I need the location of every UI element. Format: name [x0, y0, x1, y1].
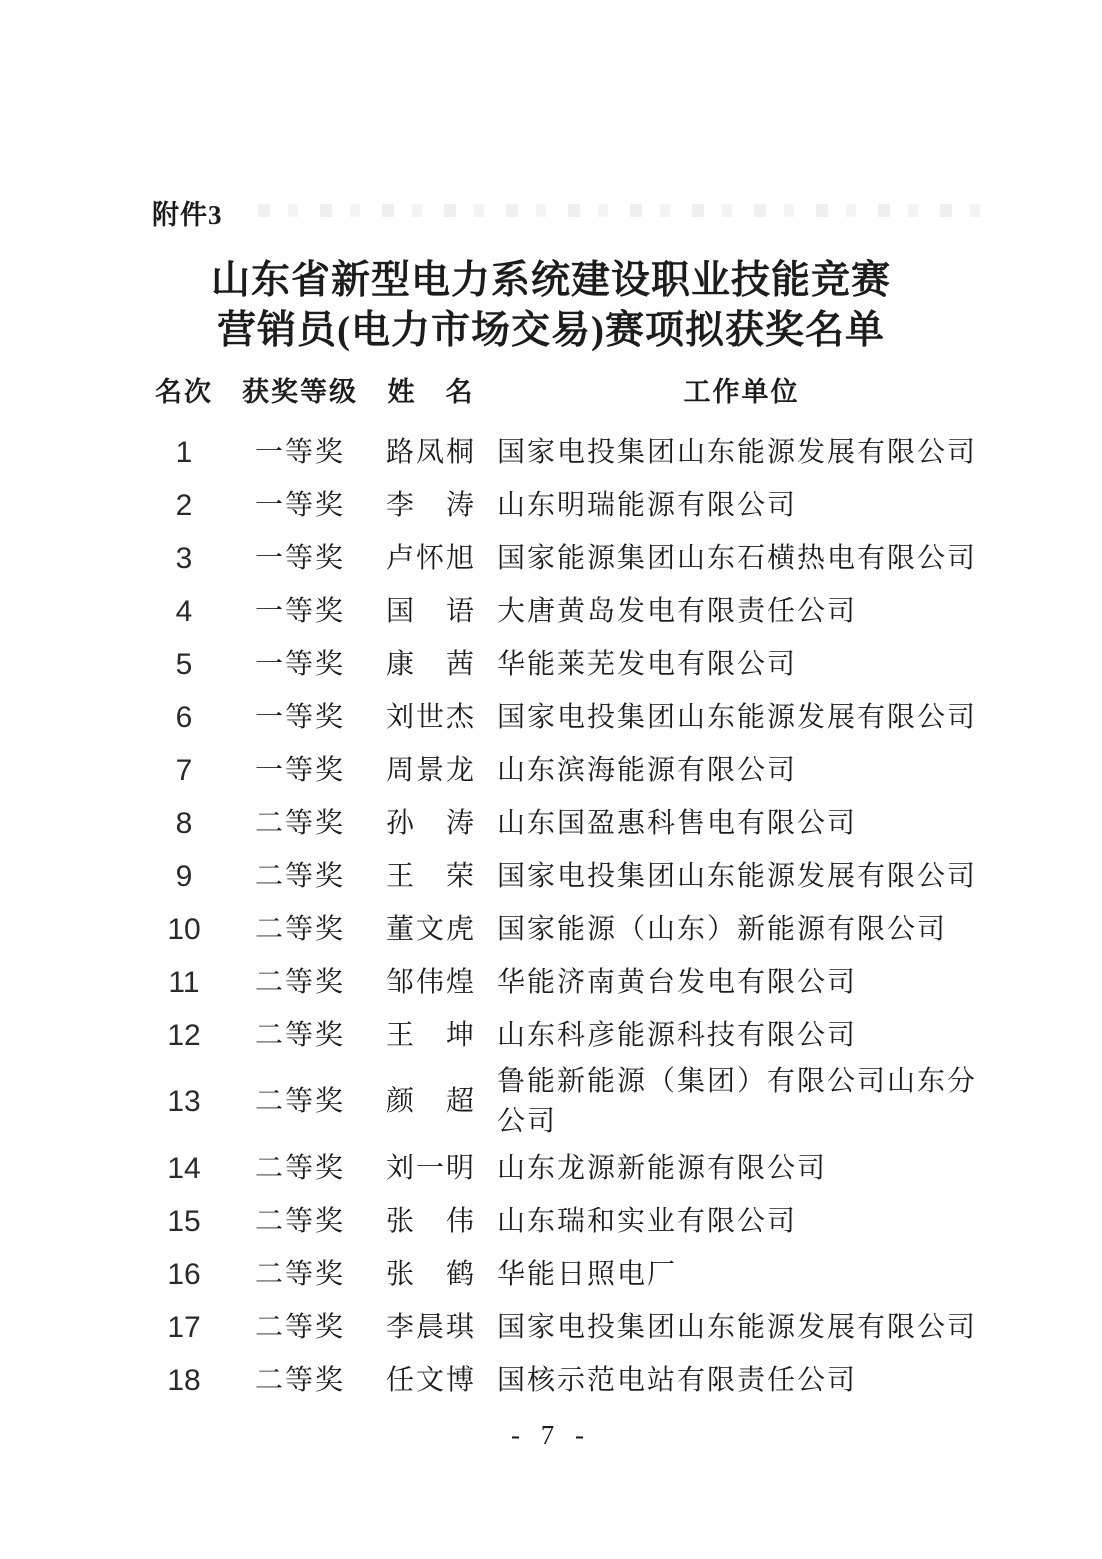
cell-unit: 国家电投集团山东能源发展有限公司	[492, 426, 986, 479]
cell-rank: 17	[138, 1301, 230, 1354]
cell-unit: 山东明瑞能源有限公司	[492, 479, 986, 532]
cell-award: 一等奖	[230, 638, 370, 691]
cell-award: 二等奖	[230, 956, 370, 1009]
cell-name: 李 涛	[370, 479, 492, 532]
cell-award: 二等奖	[230, 850, 370, 903]
cell-rank: 3	[138, 532, 230, 585]
cell-unit: 国家电投集团山东能源发展有限公司	[492, 850, 986, 903]
cell-name: 卢怀旭	[370, 532, 492, 585]
cell-award: 一等奖	[230, 744, 370, 797]
table-row: 12 二等奖 王 坤 山东科彦能源科技有限公司	[138, 1009, 986, 1062]
cell-name: 王 荣	[370, 850, 492, 903]
cell-unit: 华能莱芜发电有限公司	[492, 638, 986, 691]
cell-award: 二等奖	[230, 903, 370, 956]
table-row: 10 二等奖 董文虎 国家能源（山东）新能源有限公司	[138, 903, 986, 956]
cell-award: 一等奖	[230, 479, 370, 532]
cell-rank: 7	[138, 744, 230, 797]
table-row: 8 二等奖 孙 涛 山东国盈惠科售电有限公司	[138, 797, 986, 850]
cell-award: 二等奖	[230, 1062, 370, 1142]
header-row: 名次 获奖等级 姓 名 工作单位	[138, 364, 986, 426]
cell-unit: 鲁能新能源（集团）有限公司山东分公司	[492, 1062, 986, 1142]
cell-rank: 1	[138, 426, 230, 479]
cell-name: 路凤桐	[370, 426, 492, 479]
cell-rank: 12	[138, 1009, 230, 1062]
header-award: 获奖等级	[230, 364, 370, 426]
table-row: 5 一等奖 康 茜 华能莱芜发电有限公司	[138, 638, 986, 691]
table-row: 6 一等奖 刘世杰 国家电投集团山东能源发展有限公司	[138, 691, 986, 744]
cell-unit: 山东科彦能源科技有限公司	[492, 1009, 986, 1062]
cell-unit: 华能日照电厂	[492, 1248, 986, 1301]
cell-unit: 山东龙源新能源有限公司	[492, 1142, 986, 1195]
cell-name: 任文博	[370, 1354, 492, 1407]
cell-name: 董文虎	[370, 903, 492, 956]
award-table-header: 名次 获奖等级 姓 名 工作单位	[138, 364, 986, 426]
table-row: 13 二等奖 颜 超 鲁能新能源（集团）有限公司山东分公司	[138, 1062, 986, 1142]
cell-award: 二等奖	[230, 1195, 370, 1248]
cell-rank: 15	[138, 1195, 230, 1248]
cell-rank: 11	[138, 956, 230, 1009]
cell-unit: 国家电投集团山东能源发展有限公司	[492, 1301, 986, 1354]
cell-unit: 山东滨海能源有限公司	[492, 744, 986, 797]
cell-rank: 8	[138, 797, 230, 850]
table-row: 2 一等奖 李 涛 山东明瑞能源有限公司	[138, 479, 986, 532]
cell-rank: 13	[138, 1062, 230, 1142]
cell-name: 国 语	[370, 585, 492, 638]
cell-unit: 国家能源集团山东石横热电有限公司	[492, 532, 986, 585]
cell-name: 颜 超	[370, 1062, 492, 1142]
cell-name: 康 茜	[370, 638, 492, 691]
cell-name: 王 坤	[370, 1009, 492, 1062]
table-row: 14 二等奖 刘一明 山东龙源新能源有限公司	[138, 1142, 986, 1195]
table-row: 3 一等奖 卢怀旭 国家能源集团山东石横热电有限公司	[138, 532, 986, 585]
cell-award: 二等奖	[230, 1248, 370, 1301]
header-rank: 名次	[138, 364, 230, 426]
cell-rank: 9	[138, 850, 230, 903]
table-row: 9 二等奖 王 荣 国家电投集团山东能源发展有限公司	[138, 850, 986, 903]
cell-rank: 6	[138, 691, 230, 744]
bleedthrough-artifacts	[258, 204, 990, 217]
page-number: - 7 -	[0, 1420, 1102, 1451]
cell-unit: 国核示范电站有限责任公司	[492, 1354, 986, 1407]
cell-name: 周景龙	[370, 744, 492, 797]
cell-unit: 国家电投集团山东能源发展有限公司	[492, 691, 986, 744]
cell-award: 一等奖	[230, 585, 370, 638]
cell-award: 二等奖	[230, 1301, 370, 1354]
cell-unit: 山东国盈惠科售电有限公司	[492, 797, 986, 850]
cell-award: 一等奖	[230, 691, 370, 744]
table-row: 18 二等奖 任文博 国核示范电站有限责任公司	[138, 1354, 986, 1407]
cell-unit: 大唐黄岛发电有限责任公司	[492, 585, 986, 638]
cell-name: 刘世杰	[370, 691, 492, 744]
award-table: 名次 获奖等级 姓 名 工作单位 1 一等奖 路凤桐 国家电投集团山东能源发展有…	[138, 364, 986, 1407]
cell-name: 孙 涛	[370, 797, 492, 850]
cell-award: 二等奖	[230, 1142, 370, 1195]
document-title-line1: 山东省新型电力系统建设职业技能竞赛	[0, 256, 1102, 306]
cell-unit: 山东瑞和实业有限公司	[492, 1195, 986, 1248]
cell-rank: 4	[138, 585, 230, 638]
cell-name: 邹伟煌	[370, 956, 492, 1009]
cell-rank: 2	[138, 479, 230, 532]
cell-rank: 5	[138, 638, 230, 691]
table-row: 17 二等奖 李晨琪 国家电投集团山东能源发展有限公司	[138, 1301, 986, 1354]
award-table-body: 1 一等奖 路凤桐 国家电投集团山东能源发展有限公司 2 一等奖 李 涛 山东明…	[138, 426, 986, 1407]
cell-name: 李晨琪	[370, 1301, 492, 1354]
cell-name: 张 伟	[370, 1195, 492, 1248]
cell-rank: 10	[138, 903, 230, 956]
document-title-line2: 营销员(电力市场交易)赛项拟获奖名单	[0, 306, 1102, 356]
table-row: 15 二等奖 张 伟 山东瑞和实业有限公司	[138, 1195, 986, 1248]
table-row: 11 二等奖 邹伟煌 华能济南黄台发电有限公司	[138, 956, 986, 1009]
cell-award: 一等奖	[230, 426, 370, 479]
cell-rank: 16	[138, 1248, 230, 1301]
table-row: 16 二等奖 张 鹤 华能日照电厂	[138, 1248, 986, 1301]
cell-name: 刘一明	[370, 1142, 492, 1195]
header-unit: 工作单位	[492, 364, 986, 426]
table-row: 7 一等奖 周景龙 山东滨海能源有限公司	[138, 744, 986, 797]
cell-rank: 18	[138, 1354, 230, 1407]
cell-unit: 华能济南黄台发电有限公司	[492, 956, 986, 1009]
table-row: 1 一等奖 路凤桐 国家电投集团山东能源发展有限公司	[138, 426, 986, 479]
table-row: 4 一等奖 国 语 大唐黄岛发电有限责任公司	[138, 585, 986, 638]
document-page: { "page": { "attachment_label": "附件3", "…	[0, 0, 1102, 1559]
cell-rank: 14	[138, 1142, 230, 1195]
header-name: 姓 名	[370, 364, 492, 426]
cell-award: 二等奖	[230, 797, 370, 850]
cell-award: 二等奖	[230, 1354, 370, 1407]
cell-award: 一等奖	[230, 532, 370, 585]
cell-award: 二等奖	[230, 1009, 370, 1062]
cell-unit: 国家能源（山东）新能源有限公司	[492, 903, 986, 956]
attachment-label: 附件3	[152, 0, 1102, 232]
cell-name: 张 鹤	[370, 1248, 492, 1301]
